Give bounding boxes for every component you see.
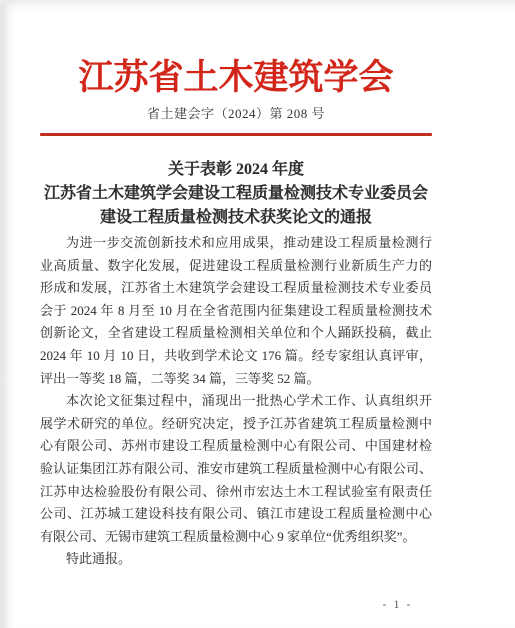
scanned-document-page: 江苏省土木建筑学会 省土建会字（2024）第 208 号 关于表彰 2024 年… (0, 0, 515, 628)
notice-body: 为进一步交流创新技术和应用成果，推动建设工程质量检测行业高质量、数字化发展，促进… (40, 232, 432, 571)
body-text-line: 会于 2024 年 8 月至 10 月在全省范围内征集建设工程质量检测技术 (40, 300, 432, 323)
notice-title-line: 建设工程质量检测技术获奖论文的通报 (32, 206, 440, 230)
body-text-line: 为进一步交流创新技术和应用成果，推动建设工程质量检测行 (40, 232, 432, 255)
red-divider-line (40, 133, 432, 136)
body-text-line: 本次论文征集过程中，涌现出一批热心学术工作、认真组织开 (40, 390, 432, 413)
body-text-line: 展学术研究的单位。经研究决定，授予江苏省建筑工程质量检测中 (40, 413, 432, 436)
body-text-line: 创新论文，全省建设工程质量检测相关单位和个人踊跃投稿，截止 (40, 322, 432, 345)
body-text-line: 有限公司、无锡市建筑工程质量检测中心 9 家单位“优秀组织奖”。 (40, 526, 432, 549)
notice-title: 关于表彰 2024 年度江苏省土木建筑学会建设工程质量检测技术专业委员会建设工程… (32, 158, 440, 230)
org-name-header: 江苏省土木建筑学会 (40, 50, 432, 100)
body-text-line: 业高质量、数字化发展，促进建设工程质量检测行业新质生产力的 (40, 255, 432, 278)
notice-title-line: 关于表彰 2024 年度 (32, 158, 440, 182)
body-text-line: 心有限公司、苏州市建设工程质量检测中心有限公司、中国建材检 (40, 435, 432, 458)
body-text-line: 公司、江苏城工建设科技有限公司、镇江市建设工程质量检测中心 (40, 503, 432, 526)
body-text-line: 江苏申达检验股份有限公司、徐州市宏达土木工程试验室有限责任 (40, 481, 432, 504)
body-text-line: 验认证集团江苏有限公司、淮安市建筑工程质量检测中心有限公司、 (40, 458, 432, 481)
body-text-line: 2024 年 10 月 10 日，共收到学术论文 176 篇。经专家组认真评审， (40, 345, 432, 368)
body-text-line: 特此通报。 (40, 548, 432, 571)
body-text-line: 形成和发展，江苏省土木建筑学会建设工程质量检测技术专业委员 (40, 277, 432, 300)
page-number: - 1 - (365, 597, 430, 612)
body-text-line: 评出一等奖 18 篇，二等奖 34 篇，三等奖 52 篇。 (40, 368, 432, 391)
doc-number: 省土建会字（2024）第 208 号 (40, 103, 432, 122)
notice-title-line: 江苏省土木建筑学会建设工程质量检测技术专业委员会 (32, 182, 440, 206)
